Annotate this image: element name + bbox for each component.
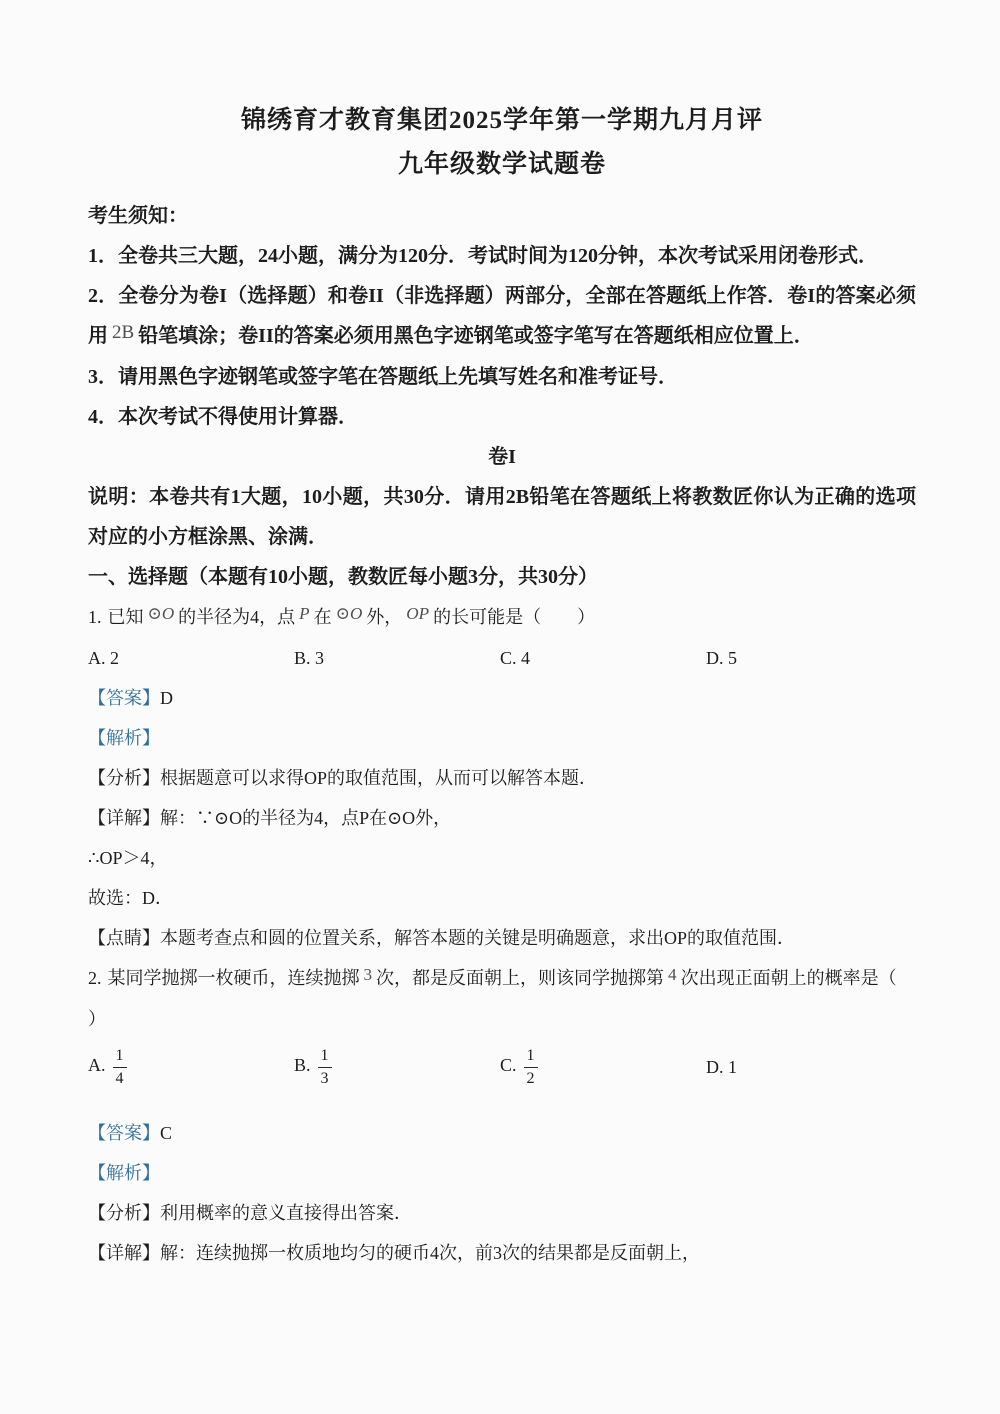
notice-item-2-text-post: 铅笔填涂；卷II的答案必须用黑色字迹钢笔或签字笔写在答题纸相应位置上．	[138, 325, 814, 347]
notice-item-2-formula-2b: 2B	[112, 322, 134, 343]
q2-option-d: D. 1	[706, 1057, 737, 1078]
exam-title-line2: 九年级数学试题卷	[88, 150, 916, 180]
q2-text-seg3: 次出现正面朝上的概率是（	[681, 968, 897, 988]
q1-step2-line: ∴OP＞4，	[88, 838, 916, 878]
question-1-options: A. 2 B. 3 C. 4 D. 5	[88, 638, 916, 678]
question-1-number: 1.	[88, 607, 102, 627]
volume-note: 说明：本卷共有1大题，10小题，共30分．请用2B铅笔在答题纸上将教数匠你认为正…	[88, 477, 916, 557]
q1-formula-p: P	[299, 604, 309, 623]
q2-option-a-denominator: 4	[113, 1068, 127, 1088]
q2-option-c-numerator: 1	[524, 1046, 538, 1067]
q2-option-b-denominator: 3	[318, 1068, 332, 1088]
q2-xiangjie-line: 【详解】解：连续抛掷一枚质地均匀的硬币4次，前3次的结果都是反面朝上，	[88, 1233, 916, 1273]
notice-item-2: 2．全卷分为卷I（选择题）和卷II（非选择题）两部分，全部在答题纸上作答．卷I的…	[88, 276, 916, 357]
q1-answer-label: 【答案】	[88, 688, 160, 708]
question-2-options: A.14 B.13 C.12 D. 1	[88, 1039, 916, 1095]
q2-text-close-paren: ）	[88, 1009, 106, 1029]
q2-formula-3: 3	[364, 965, 373, 984]
q1-formula-circle-o-2: ⊙O	[336, 604, 363, 623]
q1-option-b: B. 3	[294, 638, 500, 678]
q1-text-seg2: 的半径为4，点	[178, 607, 295, 627]
choice-section-title: 一、选择题（本题有10小题，教数匠每小题3分，共30分）	[88, 557, 916, 597]
q2-option-c-fraction: 12	[524, 1046, 538, 1087]
q2-option-a-fraction: 14	[113, 1046, 127, 1087]
q2-option-a-numerator: 1	[113, 1046, 127, 1067]
q2-option-a-letter: A.	[88, 1055, 106, 1075]
q1-formula-circle-o-1: ⊙O	[148, 604, 175, 623]
q2-option-a: A.14	[88, 1046, 294, 1087]
q1-option-a: A. 2	[88, 638, 294, 678]
exam-paper-page: 锦绣育才教育集团2025学年第一学期九月月评 九年级数学试题卷 考生须知： 1．…	[0, 0, 1000, 1414]
notice-item-1: 1．全卷共三大题，24小题，满分为120分．考试时间为120分钟，本次考试采用闭…	[88, 236, 916, 276]
exam-title-line1: 锦绣育才教育集团2025学年第一学期九月月评	[88, 106, 916, 136]
question-2-number: 2.	[88, 968, 102, 988]
q1-option-c: C. 4	[500, 638, 706, 678]
q2-answer-value: C	[160, 1123, 172, 1143]
q1-option-d: D. 5	[706, 638, 737, 678]
q2-option-c-letter: C.	[500, 1055, 517, 1075]
q2-option-c: C.12	[500, 1046, 706, 1087]
q1-answer-line: 【答案】D	[88, 678, 916, 718]
q1-text-seg3: 在	[314, 607, 332, 627]
q2-text-seg2: 次，都是反面朝上，则该同学抛掷第	[376, 968, 664, 988]
q2-jiexi-label: 【解析】	[88, 1163, 160, 1183]
q2-answer-line: 【答案】C	[88, 1113, 916, 1153]
q2-text-seg1: 某同学抛掷一枚硬币，连续抛掷	[108, 968, 360, 988]
q1-formula-op: OP	[406, 604, 429, 623]
q1-answer-value: D	[160, 688, 173, 708]
q1-text-seg4: 外，	[366, 607, 402, 627]
q2-answer-label: 【答案】	[88, 1123, 160, 1143]
question-1-text: 1.已知⊙O的半径为4，点P在⊙O外，OP的长可能是（ ）	[88, 597, 916, 638]
q2-option-c-denominator: 2	[524, 1068, 538, 1088]
q2-option-b-numerator: 1	[318, 1046, 332, 1067]
q1-dianjing-line: 【点睛】本题考查点和圆的位置关系，解答本题的关键是明确题意，求出OP的取值范围．	[88, 918, 916, 958]
q2-option-b-letter: B.	[294, 1055, 311, 1075]
q1-step3-line: 故选：D．	[88, 878, 916, 918]
q1-jiexi-label: 【解析】	[88, 728, 160, 748]
notice-item-3: 3．请用黑色字迹钢笔或签字笔在答题纸上先填写姓名和准考证号．	[88, 357, 916, 397]
q2-formula-4: 4	[668, 965, 677, 984]
notice-heading: 考生须知：	[88, 196, 916, 236]
question-2-text: 2.某同学抛掷一枚硬币，连续抛掷3次，都是反面朝上，则该同学抛掷第4次出现正面朝…	[88, 958, 916, 1039]
q1-xiangjie-line: 【详解】解：∵⊙O的半径为4，点P在⊙O外，	[88, 798, 916, 838]
q2-option-b-fraction: 13	[318, 1046, 332, 1087]
q2-jiexi-line: 【解析】	[88, 1153, 916, 1193]
notice-item-4: 4．本次考试不得使用计算器．	[88, 397, 916, 437]
q2-option-b: B.13	[294, 1046, 500, 1087]
q1-text-seg5: 的长可能是（ ）	[433, 607, 595, 627]
volume-heading: 卷I	[88, 437, 916, 477]
q2-fenxi-line: 【分析】利用概率的意义直接得出答案．	[88, 1193, 916, 1233]
q1-fenxi-line: 【分析】根据题意可以求得OP的取值范围，从而可以解答本题．	[88, 758, 916, 798]
q1-jiexi-line: 【解析】	[88, 718, 916, 758]
q1-text-seg1: 已知	[108, 607, 144, 627]
